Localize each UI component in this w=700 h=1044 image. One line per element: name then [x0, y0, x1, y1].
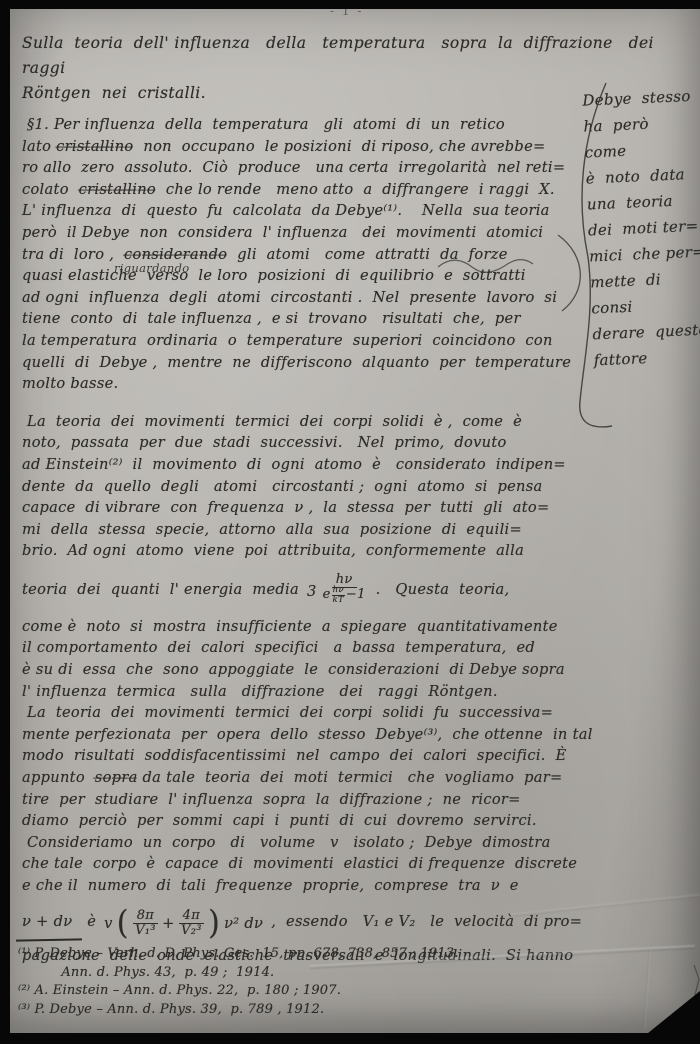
exp-base: e: [323, 587, 331, 602]
plus-sign: +: [162, 913, 175, 935]
manuscript-content: Sulla teoria dell' influenza della tempe…: [22, 9, 607, 966]
manuscript-line: quelli di Debye , mentre ne differiscono…: [22, 352, 607, 374]
second-term-numerator: 4π: [179, 909, 204, 924]
manuscript-line: lato c̶r̶i̶s̶t̶a̶l̶l̶i̶n̶o̶ non occupano…: [22, 136, 607, 158]
manuscript-line: La teoria dei movimenti termici dei corp…: [22, 702, 607, 724]
manuscript-page: - 1 - Sulla teoria dell' influenza della…: [10, 9, 700, 1033]
paper-crease: [643, 949, 651, 1029]
margin-note-line: mette di consi: [590, 264, 700, 321]
formula2-line-pre-text: ν + dν è: [22, 911, 96, 933]
manuscript-line: noto, passata per due stadi successivi. …: [22, 432, 607, 454]
manuscript-line: è su di essa che sono appoggiate le cons…: [22, 659, 607, 681]
footnote-line: ⁽²⁾ A. Einstein – Ann. d. Phys. 22, p. 1…: [18, 982, 498, 1001]
margin-note: Debye stessoha però comeè noto datauna t…: [582, 83, 700, 374]
manuscript-line: appunto s̶o̶p̶r̶a̶ da tale teoria dei mo…: [22, 767, 607, 789]
margin-note-line: Debye stesso: [582, 83, 699, 114]
formula2-tail: ν² dν: [224, 913, 263, 935]
mean-energy-formula: 3 hν ehνkT−1: [307, 573, 368, 611]
formula-line-pre-text: teoria dei quanti l' energia media: [22, 579, 299, 601]
corner-crease-stroke: [598, 991, 660, 1027]
manuscript-line: però il Debye non considera l' influenza…: [22, 222, 607, 244]
second-term-fraction: 4π V₂³: [179, 909, 204, 939]
manuscript-line: tire per studiare l' influenza sopra la …: [22, 789, 607, 811]
denominator-tail: −1: [346, 587, 366, 602]
title-line-1: Sulla teoria dell' influenza della tempe…: [22, 31, 692, 81]
manuscript-line: tra di loro , c̶o̶n̶s̶i̶d̶e̶r̶a̶n̶d̶o̶ g…: [22, 244, 607, 266]
manuscript-line: l' influenza termica sulla diffrazione d…: [22, 681, 607, 703]
manuscript-line: diamo perciò per sommi capi i punti di c…: [22, 810, 607, 832]
manuscript-line: la temperatura ordinaria o temperature s…: [22, 330, 607, 352]
footnote-line: ⁽³⁾ P. Debye – Ann. d. Phys. 39, p. 789 …: [18, 1001, 498, 1020]
interlinear-correction: riguardando: [114, 261, 190, 275]
manuscript-line: colato c̶r̶i̶s̶t̶a̶l̶l̶i̶n̶o̶ che lo ren…: [22, 179, 607, 201]
close-parenthesis: ): [208, 907, 220, 939]
first-term-fraction: 8π V₁³: [133, 909, 158, 939]
manuscript-line: §1. Per influenza della temperatura gli …: [22, 114, 607, 136]
title-block: Sulla teoria dell' influenza della tempe…: [22, 9, 607, 106]
photograph-background: - 1 - Sulla teoria dell' influenza della…: [0, 0, 700, 1044]
energy-formula-line: teoria dei quanti l' energia media 3 hν …: [22, 568, 607, 612]
manuscript-line: brio. Ad ogni atomo viene poi attribuita…: [22, 540, 607, 562]
manuscript-line: ad ogni influenza degli atomi circostant…: [22, 287, 607, 309]
footnote-line: ⁽¹⁾ P. Debye – Verh. d. D. Phys. Ges. 15…: [18, 945, 498, 964]
manuscript-line: Consideriamo un corpo di volume v isolat…: [22, 832, 607, 854]
paragraph-1: §1. Per influenza della temperatura gli …: [22, 114, 607, 395]
manuscript-line: capace di vibrare con frequenza ν , la s…: [22, 497, 607, 519]
manuscript-line: modo risultati soddisfacentissimi nel ca…: [22, 745, 607, 767]
manuscript-line: L' influenza di questo fu calcolata da D…: [22, 200, 607, 222]
margin-note-line: fattore: [593, 342, 700, 373]
first-term-denominator: V₁³: [133, 924, 158, 938]
manuscript-line: molto basse.: [22, 373, 607, 395]
manuscript-line: come è noto si mostra insufficiente a sp…: [22, 616, 607, 638]
right-edge-tear-stroke: [694, 965, 700, 1007]
manuscript-line: La teoria dei movimenti termici dei corp…: [22, 411, 607, 433]
footnote-line: Ann. d. Phys. 43, p. 49 ; 1914.: [18, 964, 498, 983]
first-term-numerator: 8π: [133, 909, 158, 924]
paragraph-2: La teoria dei movimenti termici dei corp…: [22, 411, 607, 562]
paragraph-3: come è noto si mostra insufficiente a sp…: [22, 616, 607, 897]
formula-fraction: hν ehνkT−1: [321, 573, 368, 611]
manuscript-line: ro allo zero assoluto. Ciò produce una c…: [22, 157, 607, 179]
manuscript-line: ad Einstein⁽²⁾ il movimento di ogni atom…: [22, 454, 607, 476]
footnotes: ⁽¹⁾ P. Debye – Verh. d. D. Phys. Ges. 15…: [18, 945, 498, 1019]
manuscript-line: mente perfezionata per opera dello stess…: [22, 724, 607, 746]
frequency-formula-line: ν + dν è v ( 8π V₁³ + 4π V₂³ ) ν² dν: [22, 899, 607, 945]
open-parenthesis: (: [117, 907, 129, 939]
fraction-denominator: ehνkT−1: [321, 588, 368, 611]
exponent-denominator: kT: [333, 596, 344, 605]
exponent-fraction: hνkT: [332, 586, 345, 605]
manuscript-line: tiene conto di tale influenza , e si tro…: [22, 308, 607, 330]
formula2-line-post-text: , essendo V₁ e V₂ le velocità di pro=: [271, 911, 582, 933]
formula2-lead: v: [104, 913, 113, 935]
margin-note-line: è noto data: [585, 161, 700, 192]
manuscript-line: dente da quello degli atomi circostanti …: [22, 476, 607, 498]
manuscript-line: il comportamento dei calori specifici a …: [22, 637, 607, 659]
margin-note-line: ha però come: [583, 109, 700, 166]
formula-line-post-text: . Questa teoria,: [376, 579, 510, 601]
second-term-denominator: V₂³: [179, 924, 204, 938]
formula-coefficient: 3: [307, 581, 317, 603]
manuscript-line: e che il numero di tali frequenze propri…: [22, 875, 607, 897]
manuscript-line: mi della stessa specie, attorno alla sua…: [22, 519, 607, 541]
margin-note-line: derare questo: [592, 316, 700, 347]
manuscript-line: quasi elastiche verso le loro posizioni …: [22, 265, 607, 287]
frequency-count-formula: v ( 8π V₁³ + 4π V₂³ ) ν² dν: [104, 909, 263, 939]
manuscript-line: che tale corpo è capace di movimenti ela…: [22, 853, 607, 875]
margin-note-line: mici che per=: [589, 238, 700, 269]
